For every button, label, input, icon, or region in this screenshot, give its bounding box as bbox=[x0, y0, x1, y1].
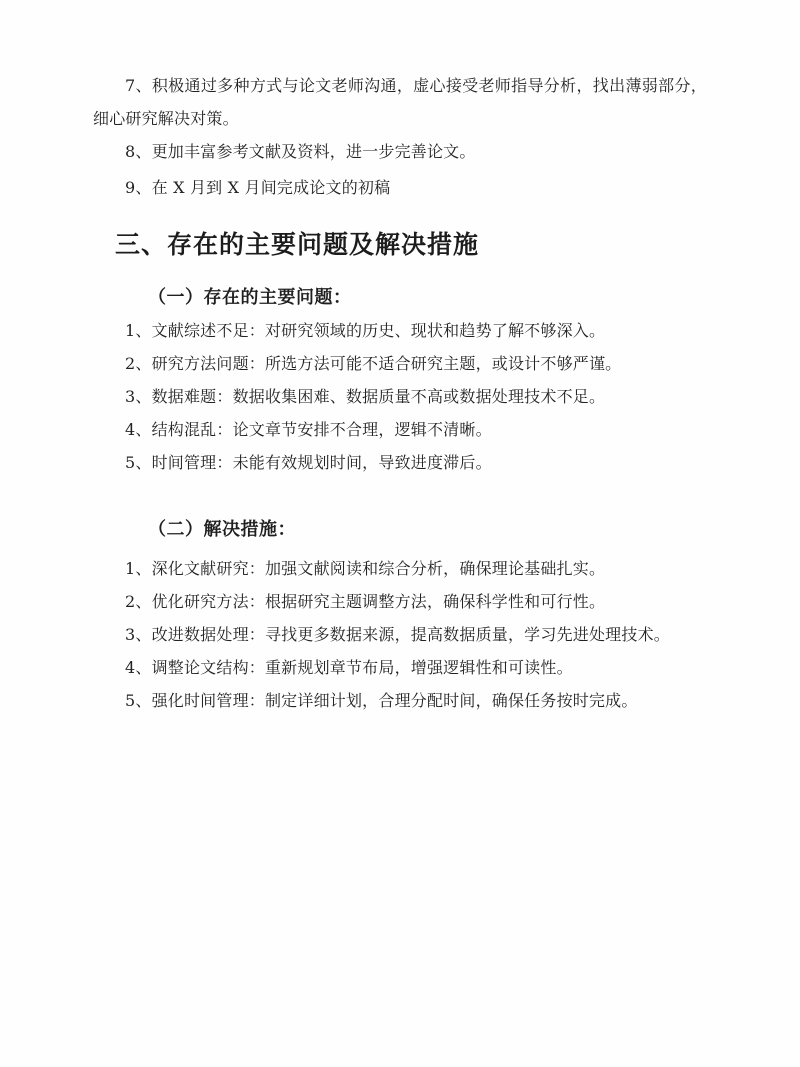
solution-item-1: 1、深化文献研究：加强文献阅读和综合分析，确保理论基础扎实。 bbox=[93, 552, 707, 585]
numbered-item-9: 9、在 X 月到 X 月间完成论文的初稿 bbox=[93, 171, 707, 204]
problem-item-4: 4、结构混乱：论文章节安排不合理，逻辑不清晰。 bbox=[93, 413, 707, 446]
problem-item-1: 1、文献综述不足：对研究领域的历史、现状和趋势了解不够深入。 bbox=[93, 314, 707, 347]
problem-item-2: 2、研究方法问题：所选方法可能不适合研究主题，或设计不够严谨。 bbox=[93, 347, 707, 380]
section-heading: 三、存在的主要问题及解决措施 bbox=[93, 227, 707, 263]
solution-item-2: 2、优化研究方法：根据研究主题调整方法，确保科学性和可行性。 bbox=[93, 585, 707, 618]
problem-item-5: 5、时间管理：未能有效规划时间，导致进度滞后。 bbox=[93, 446, 707, 479]
numbered-item-8: 8、更加丰富参考文献及资料，进一步完善论文。 bbox=[93, 135, 707, 168]
solution-item-3: 3、改进数据处理：寻找更多数据来源，提高数据质量，学习先进处理技术。 bbox=[93, 618, 707, 651]
solution-item-4: 4、调整论文结构：重新规划章节布局，增强逻辑性和可读性。 bbox=[93, 651, 707, 684]
document-page: 7、积极通过多种方式与论文老师沟通，虚心接受老师指导分析，找出薄弱部分，细心研究… bbox=[0, 0, 800, 1067]
solutions-list: 1、深化文献研究：加强文献阅读和综合分析，确保理论基础扎实。 2、优化研究方法：… bbox=[93, 552, 707, 717]
numbered-item-7: 7、积极通过多种方式与论文老师沟通，虚心接受老师指导分析，找出薄弱部分，细心研究… bbox=[93, 69, 707, 135]
document-body: 7、积极通过多种方式与论文老师沟通，虚心接受老师指导分析，找出薄弱部分，细心研究… bbox=[93, 0, 707, 717]
subsection-heading-problems: （一）存在的主要问题： bbox=[93, 281, 707, 314]
solution-item-5: 5、强化时间管理：制定详细计划，合理分配时间，确保任务按时完成。 bbox=[93, 684, 707, 717]
problem-item-3: 3、数据难题：数据收集困难、数据质量不高或数据处理技术不足。 bbox=[93, 380, 707, 413]
subsection-heading-solutions: （二）解决措施： bbox=[93, 513, 707, 546]
problems-list: 1、文献综述不足：对研究领域的历史、现状和趋势了解不够深入。 2、研究方法问题：… bbox=[93, 314, 707, 479]
